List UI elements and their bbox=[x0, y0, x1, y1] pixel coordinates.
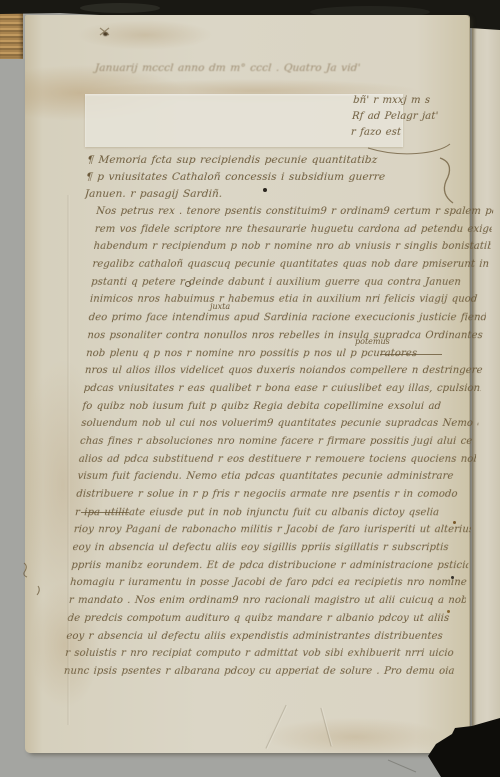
body-text-line: pstanti q petere r deinde dabunt i auxil… bbox=[91, 274, 489, 292]
body-text-line: nros ul alios illos videlicet quos duxer… bbox=[84, 362, 482, 380]
rubric-line: Januen. r pasagij Sardiñ. bbox=[84, 186, 415, 203]
body-text-line: deo primo face intendimus apud Sardinia … bbox=[88, 309, 486, 327]
manuscript-photo: Januarij mcccl anno dm m° cccl . Quatro … bbox=[0, 0, 500, 777]
interlinear-insertion: potemus bbox=[355, 337, 390, 346]
body-text-line: r ipa utilitate eiusde put in nob injunc… bbox=[74, 504, 472, 522]
strikethrough-mark bbox=[81, 512, 129, 513]
rubric-summary: ¶ Memoria fcta sup recipiendis pecunie q… bbox=[84, 152, 418, 203]
body-text-line: pdcas vniusitates r eas qualibet r bona … bbox=[83, 380, 481, 398]
corner-note-line: r fazo est bbox=[350, 125, 469, 141]
manuscript-page: Januarij mcccl anno dm m° cccl . Quatro … bbox=[25, 15, 469, 753]
ink-dot bbox=[263, 188, 267, 192]
corner-note-line: Rf ad Pelagr jat' bbox=[351, 109, 470, 125]
body-text-line: Nos petrus rex . tenore psentis constitu… bbox=[95, 203, 493, 221]
body-text-line: eoy r absencia ul defectu aliis expendis… bbox=[66, 628, 464, 646]
body-text: Nos petrus rex . tenore psentis constitu… bbox=[63, 203, 493, 681]
body-text-line: r mandato . Nos enim ordinam9 nro racion… bbox=[68, 592, 466, 610]
scratch-line bbox=[388, 760, 416, 772]
rubric-line: ¶ p vniusitates Cathaloñ concessis i sub… bbox=[85, 169, 416, 186]
body-text-line: inimicos nros habuimus r habemus etia in… bbox=[89, 291, 487, 309]
ink-ring bbox=[185, 281, 191, 287]
body-text-line: eoy in absencia ul defectu aliis eoy sig… bbox=[72, 539, 470, 557]
body-text-line: r soluistis r nro recipiat computo r adm… bbox=[65, 645, 463, 663]
body-text-line: fo quibz nob iusum fuit p quibz Regia de… bbox=[82, 398, 480, 416]
body-text-line: alios ad pdca substituend r eos destitue… bbox=[78, 451, 476, 469]
body-text-line: visum fuit faciendu. Nemo etia pdcas qua… bbox=[77, 468, 475, 486]
ink-smudge bbox=[103, 32, 108, 36]
body-text-line: distribuere r solue in r p fris r negoci… bbox=[76, 486, 474, 504]
body-text-line: homagiu r iuramentu in posse Jacobi de f… bbox=[69, 574, 467, 592]
body-text-line: ppriis manibz eorundem. Et de pdca distr… bbox=[71, 557, 469, 575]
body-text-line: rem vos fidele scriptore nre thesaurarie… bbox=[94, 221, 492, 239]
corner-note: bñ' r mxxj m sRf ad Pelagr jat'r fazo es… bbox=[350, 93, 471, 141]
interlinear-insertion: juxta bbox=[210, 302, 230, 311]
fold-crease bbox=[265, 705, 288, 750]
rust-spot bbox=[453, 521, 456, 524]
body-text-line: nos psonaliter contra nonullos nros rebe… bbox=[87, 327, 485, 345]
body-text-line: rioy nroy Pagani de rabonacho militis r … bbox=[73, 521, 471, 539]
body-text-line: soluendum nob ul cui nos voluerim9 quant… bbox=[81, 415, 479, 433]
body-text-line: habendum r recipiendum p nob r nomine nr… bbox=[93, 238, 491, 256]
body-text-line: chas fines r absoluciones nro nomine fac… bbox=[79, 433, 477, 451]
corner-note-line: bñ' r mxxj m s bbox=[353, 93, 472, 109]
body-text-line: nunc ipsis psentes r albarana pdcoy cu a… bbox=[63, 663, 461, 681]
body-text-line: regalibz cathaloñ quascuq pecunie quanti… bbox=[92, 256, 490, 274]
body-text-line: de predcis compotum audituro q quibz man… bbox=[67, 610, 465, 628]
rust-spot bbox=[451, 576, 454, 579]
header-date-line: Januarij mcccl anno dm m° cccl . Quatro … bbox=[95, 62, 396, 74]
rubric-line: ¶ Memoria fcta sup recipiendis pecunie q… bbox=[87, 152, 418, 169]
fold-crease bbox=[320, 707, 333, 746]
fold-crease bbox=[67, 195, 70, 725]
rust-spot bbox=[447, 610, 450, 613]
strikethrough-mark bbox=[380, 354, 442, 355]
